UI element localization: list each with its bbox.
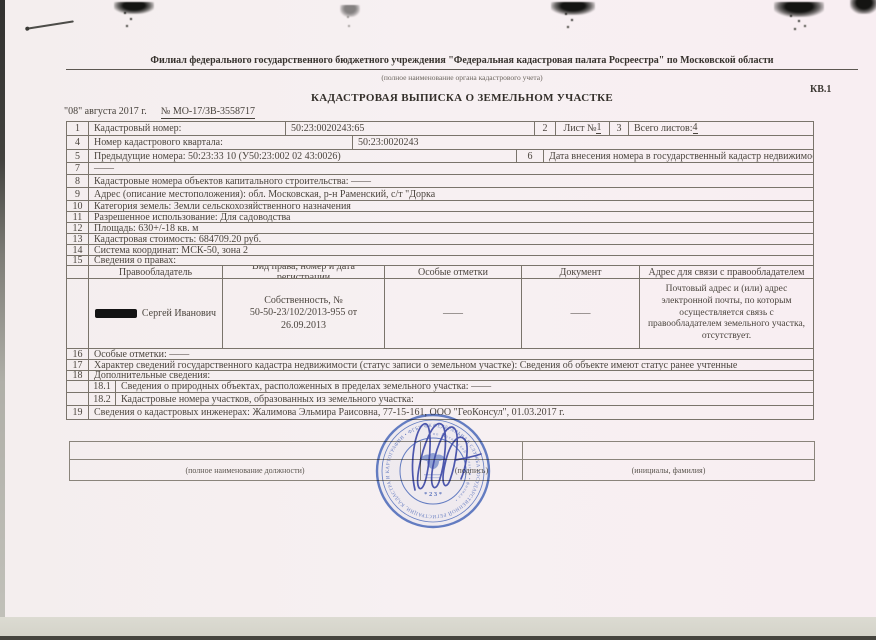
- special-marks: Особые отметки: ——: [89, 349, 813, 359]
- spacer: [67, 381, 89, 392]
- toner-smudge: [850, 0, 876, 14]
- document-cell: ——: [522, 279, 640, 348]
- cadastral-table: 1 Кадастровый номер: 50:23:0020243:65 2 …: [66, 121, 814, 420]
- rights-info-label: Сведения о правах:: [89, 256, 813, 265]
- scan-edge-shadow: [0, 0, 5, 637]
- special-marks-cell: ——: [385, 279, 522, 348]
- col-header-address: Адрес для связи с правообладателем: [640, 266, 813, 278]
- date-and-number-row: "08" августа 2017 г. № МО-17/ЗВ-3558717: [64, 106, 255, 119]
- area: Площадь: 630+/-18 кв. м: [89, 223, 813, 233]
- sheet-number: 1: [596, 123, 601, 134]
- col-header-holder: Правообладатель: [89, 266, 223, 278]
- table-row: 7 ——: [67, 163, 813, 175]
- holder-address-cell: Почтовый адрес и (или) адрес электронной…: [640, 279, 813, 348]
- total-sheets-label: Всего листов:: [634, 123, 693, 134]
- table-row: 1 Кадастровый номер: 50:23:0020243:65 2 …: [67, 122, 813, 136]
- table-row: 9 Адрес (описание местоположения): обл. …: [67, 188, 813, 201]
- cadastral-number-value: 50:23:0020243:65: [286, 122, 535, 135]
- table-row: 5 Предыдущие номера: 50:23:33 10 (У50:23…: [67, 150, 813, 163]
- natural-objects: Сведения о природных объектах, расположе…: [116, 381, 813, 392]
- table-row: 12 Площадь: 630+/-18 кв. м: [67, 223, 813, 234]
- row-number: 11: [67, 212, 89, 222]
- table-row: 4 Номер кадастрового квартала: 50:23:002…: [67, 136, 813, 150]
- rights-holder-cell: Сергей Иванович: [89, 279, 223, 348]
- quarter-number-value: 50:23:0020243: [353, 136, 813, 149]
- stamp-center-code: * 2 3 *: [424, 491, 442, 498]
- toner-smudge: [340, 5, 360, 17]
- row-number: 18: [67, 371, 89, 380]
- spacer: [67, 393, 89, 405]
- redaction-box: [95, 309, 137, 318]
- coordinate-system: Система координат: МСК-50, зона 2: [89, 245, 813, 255]
- table-row: 10 Категория земель: Земли сельскохозяйс…: [67, 201, 813, 212]
- row-number: 18.1: [89, 381, 116, 392]
- toner-smudge: [551, 2, 595, 15]
- row-number: 19: [67, 406, 89, 419]
- row-number: 3: [610, 122, 629, 135]
- record-status: Характер сведений государственного кадас…: [89, 360, 813, 370]
- page-title: КАДАСТРОВАЯ ВЫПИСКА О ЗЕМЕЛЬНОМ УЧАСТКЕ: [66, 92, 858, 104]
- row-number: 12: [67, 223, 89, 233]
- official-stamp: ФЕДЕРАЛЬНАЯ СЛУЖБА ГОСУДАРСТВЕННОЙ РЕГИС…: [363, 398, 503, 548]
- table-row: 14 Система координат: МСК-50, зона 2: [67, 245, 813, 256]
- row-number: 17: [67, 360, 89, 370]
- row-number: 10: [67, 201, 89, 211]
- right-type-cell: Собственность, № 50-50-23/102/2013-955 о…: [223, 279, 385, 348]
- col-header-special: Особые отметки: [385, 266, 522, 278]
- name-caption: (инициалы, фамилия): [523, 460, 814, 480]
- previous-numbers: Предыдущие номера: 50:23:33 10 (У50:23:0…: [89, 150, 517, 162]
- table-row: 8 Кадастровые номера объектов капитально…: [67, 175, 813, 188]
- address: Адрес (описание местоположения): обл. Мо…: [89, 188, 813, 200]
- scanner-bed-edge: [0, 636, 876, 640]
- col-header-right: Вид права, номер и дата регистрации: [223, 266, 385, 278]
- right-registration: 50-50-23/102/2013-955 от 26.09.2013: [227, 307, 380, 332]
- table-row: 18 Дополнительные сведения:: [67, 371, 813, 381]
- table-row: 16 Особые отметки: ——: [67, 349, 813, 360]
- document-date: "08" августа 2017 г.: [64, 106, 147, 119]
- row-number: 6: [517, 150, 544, 162]
- org-name-line: Филиал федерального государственного бюд…: [66, 55, 858, 70]
- table-row: 13 Кадастровая стоимость: 684709.20 руб.: [67, 234, 813, 245]
- row-number: 1: [67, 122, 89, 135]
- sheet-label: Лист №: [564, 123, 597, 134]
- sheet-cell: Лист № 1: [556, 122, 610, 135]
- org-name-caption: (полное наименование органа кадастрового…: [66, 73, 858, 82]
- toner-smudge: [774, 2, 824, 17]
- empty-dash-cell: ——: [89, 163, 813, 174]
- cadastral-value: Кадастровая стоимость: 684709.20 руб.: [89, 234, 813, 244]
- total-sheets-number: 4: [693, 123, 698, 134]
- total-sheets-cell: Всего листов: 4: [629, 122, 813, 135]
- document-number: № МО-17/ЗВ-3558717: [161, 106, 255, 119]
- row-number: 13: [67, 234, 89, 244]
- rights-table-row: Сергей Иванович Собственность, № 50-50-2…: [67, 279, 813, 349]
- quarter-number-label: Номер кадастрового квартала:: [89, 136, 353, 149]
- scanned-document: Филиал федерального государственного бюд…: [0, 0, 876, 640]
- row-number: 8: [67, 175, 89, 187]
- table-row: 18.1 Сведения о природных объектах, расп…: [67, 381, 813, 393]
- rights-table-header: Правообладатель Вид права, номер и дата …: [67, 266, 813, 279]
- table-row: 17 Характер сведений государственного ка…: [67, 360, 813, 371]
- permitted-use: Разрешенное использование: Для садоводст…: [89, 212, 813, 222]
- row-number: 5: [67, 150, 89, 162]
- row-number: 18.2: [89, 393, 116, 405]
- spacer: [67, 279, 89, 348]
- table-row: 15 Сведения о правах:: [67, 256, 813, 266]
- row-number: 14: [67, 245, 89, 255]
- rights-holder-name: Сергей Иванович: [142, 308, 216, 319]
- cadastral-number-label: Кадастровый номер:: [89, 122, 286, 135]
- row-number: 7: [67, 163, 89, 174]
- row-number: 15: [67, 256, 89, 265]
- toner-smudge: [114, 2, 154, 14]
- row-number: 9: [67, 188, 89, 200]
- name-blank-cell: [523, 442, 814, 459]
- scanner-bed: [0, 617, 876, 637]
- capital-objects: Кадастровые номера объектов капитального…: [89, 175, 813, 187]
- land-category: Категория земель: Земли сельскохозяйстве…: [89, 201, 813, 211]
- row-number: 2: [535, 122, 556, 135]
- spacer: [67, 266, 89, 278]
- row-number: 4: [67, 136, 89, 149]
- right-type: Собственность, №: [264, 295, 343, 308]
- registry-entry-date: Дата внесения номера в государственный к…: [544, 150, 813, 162]
- row-number: 16: [67, 349, 89, 359]
- additional-info-label: Дополнительные сведения:: [89, 371, 813, 380]
- col-header-document: Документ: [522, 266, 640, 278]
- table-row: 11 Разрешенное использование: Для садово…: [67, 212, 813, 223]
